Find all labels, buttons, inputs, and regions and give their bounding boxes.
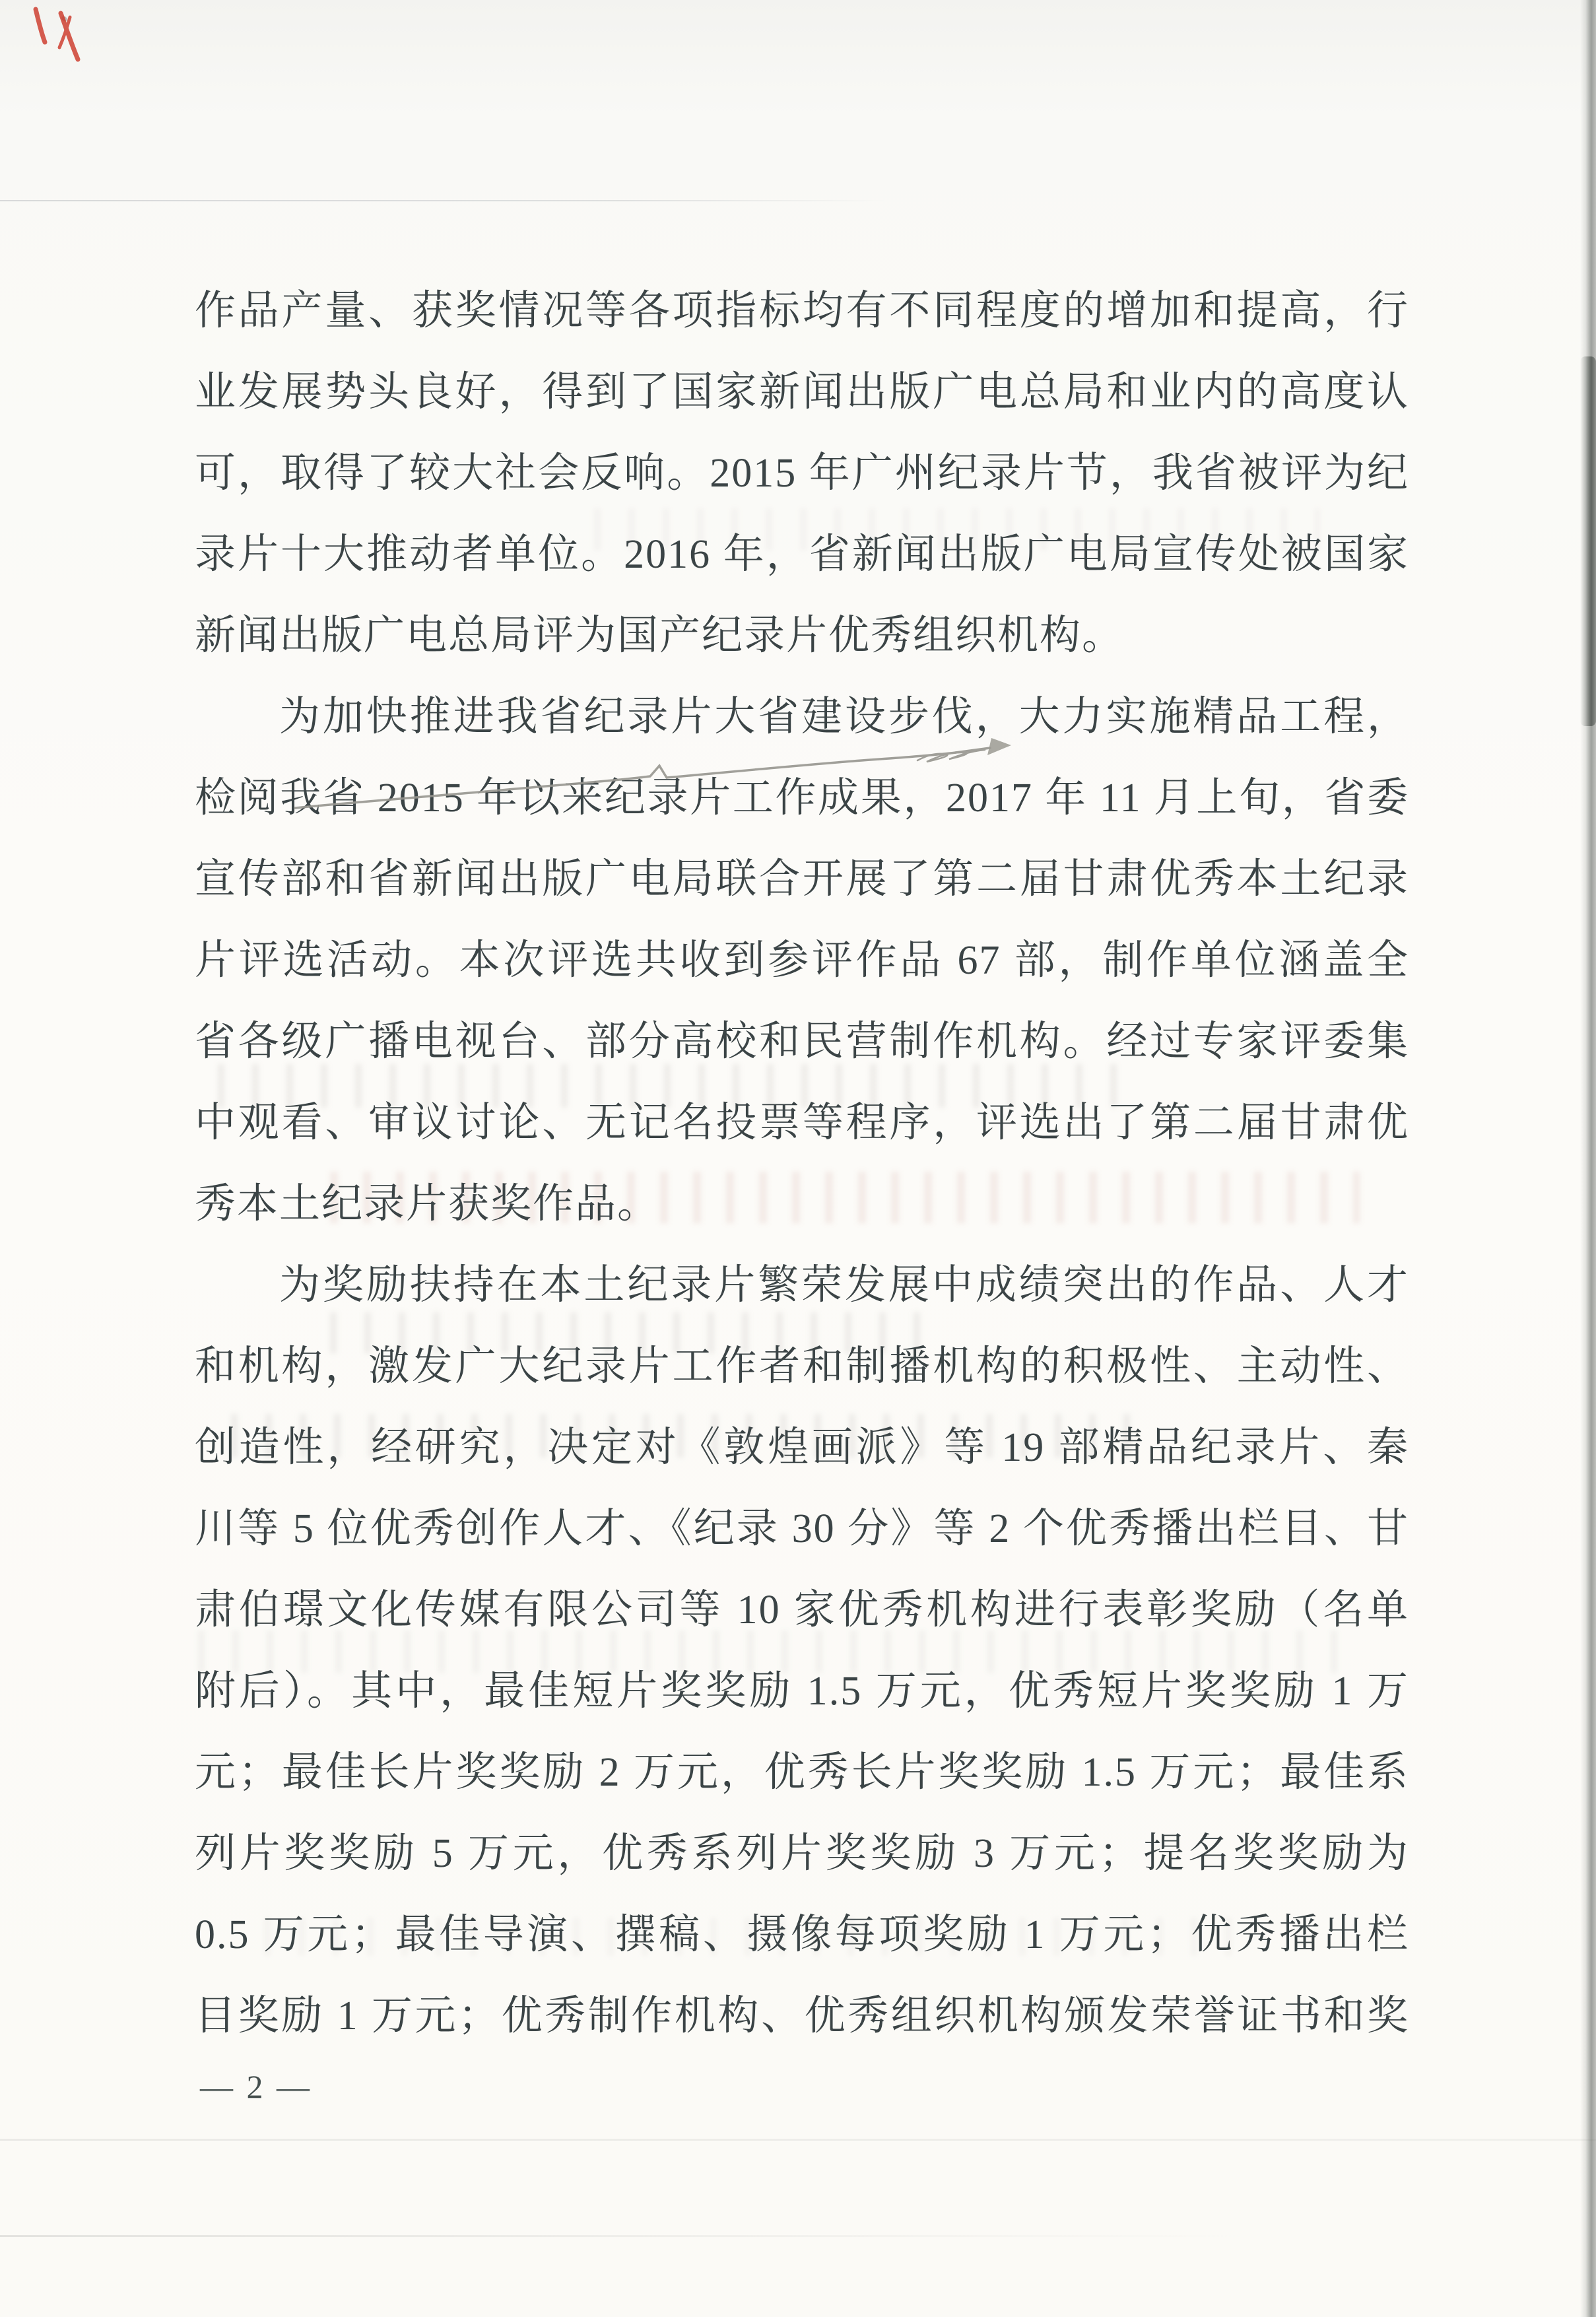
page-edge-shadow (1580, 356, 1596, 726)
body-line: 片评选活动。本次评选共收到参评作品 67 部，制作单位涵盖全 (195, 920, 1409, 1001)
body-line: 检阅我省 2015 年以来纪录片工作成果，2017 年 11 月上旬，省委 (195, 758, 1409, 839)
body-line: 录片十大推动者单位。2016 年，省新闻出版广电局宣传处被国家 (195, 514, 1409, 595)
body-line: 作品产量、获奖情况等各项指标均有不同程度的增加和提高，行 (195, 271, 1409, 352)
page-number: — 2 — (200, 2067, 312, 2106)
body-line: 目奖励 1 万元；优秀制作机构、优秀组织机构颁发荣誉证书和奖 (195, 1976, 1409, 2057)
red-pen-mark (36, 9, 78, 59)
body-line: 肃伯璟文化传媒有限公司等 10 家优秀机构进行表彰奖励（名单 (195, 1570, 1409, 1651)
scan-crease-line (0, 2139, 1596, 2141)
body-line: 秀本土纪录片获奖作品。 (195, 1164, 1409, 1245)
body-line: 和机构，激发广大纪录片工作者和制播机构的积极性、主动性、 (195, 1326, 1409, 1407)
body-line: 宣传部和省新闻出版广电局联合开展了第二届甘肃优秀本土纪录 (195, 839, 1409, 920)
scan-crease-line (0, 2235, 1254, 2237)
document-page: 作品产量、获奖情况等各项指标均有不同程度的增加和提高，行 业发展势头良好，得到了… (0, 0, 1596, 2317)
body-line: 为奖励扶持在本土纪录片繁荣发展中成绩突出的作品、人才 (195, 1245, 1409, 1326)
page-edge-shadow (1580, 0, 1596, 2317)
document-body: 作品产量、获奖情况等各项指标均有不同程度的增加和提高，行 业发展势头良好，得到了… (195, 271, 1409, 2057)
body-line: 省各级广播电视台、部分高校和民营制作机构。经过专家评委集 (195, 1001, 1409, 1083)
body-line: 为加快推进我省纪录片大省建设步伐，大力实施精品工程， (195, 677, 1409, 758)
body-line: 元；最佳长片奖奖励 2 万元，优秀长片奖奖励 1.5 万元；最佳系 (195, 1732, 1409, 1813)
body-line: 列片奖奖励 5 万元，优秀系列片奖奖励 3 万元；提名奖奖励为 (195, 1813, 1409, 1895)
body-line: 业发展势头良好，得到了国家新闻出版广电总局和业内的高度认 (195, 352, 1409, 433)
body-line: 可，取得了较大社会反响。2015 年广州纪录片节，我省被评为纪 (195, 433, 1409, 514)
body-line: 附后）。其中，最佳短片奖奖励 1.5 万元，优秀短片奖奖励 1 万 (195, 1651, 1409, 1732)
body-line: 0.5 万元；最佳导演、撰稿、摄像每项奖励 1 万元；优秀播出栏 (195, 1895, 1409, 1976)
body-line: 中观看、审议讨论、无记名投票等程序，评选出了第二届甘肃优 (195, 1083, 1409, 1164)
body-line: 川等 5 位优秀创作人才、《纪录 30 分》等 2 个优秀播出栏目、甘 (195, 1489, 1409, 1570)
body-line: 新闻出版广电总局评为国产纪录片优秀组织机构。 (195, 595, 1409, 677)
dust-speck (61, 15, 68, 22)
scan-crease-line (0, 200, 891, 201)
body-line: 创造性，经研究，决定对《敦煌画派》等 19 部精品纪录片、秦 (195, 1407, 1409, 1489)
